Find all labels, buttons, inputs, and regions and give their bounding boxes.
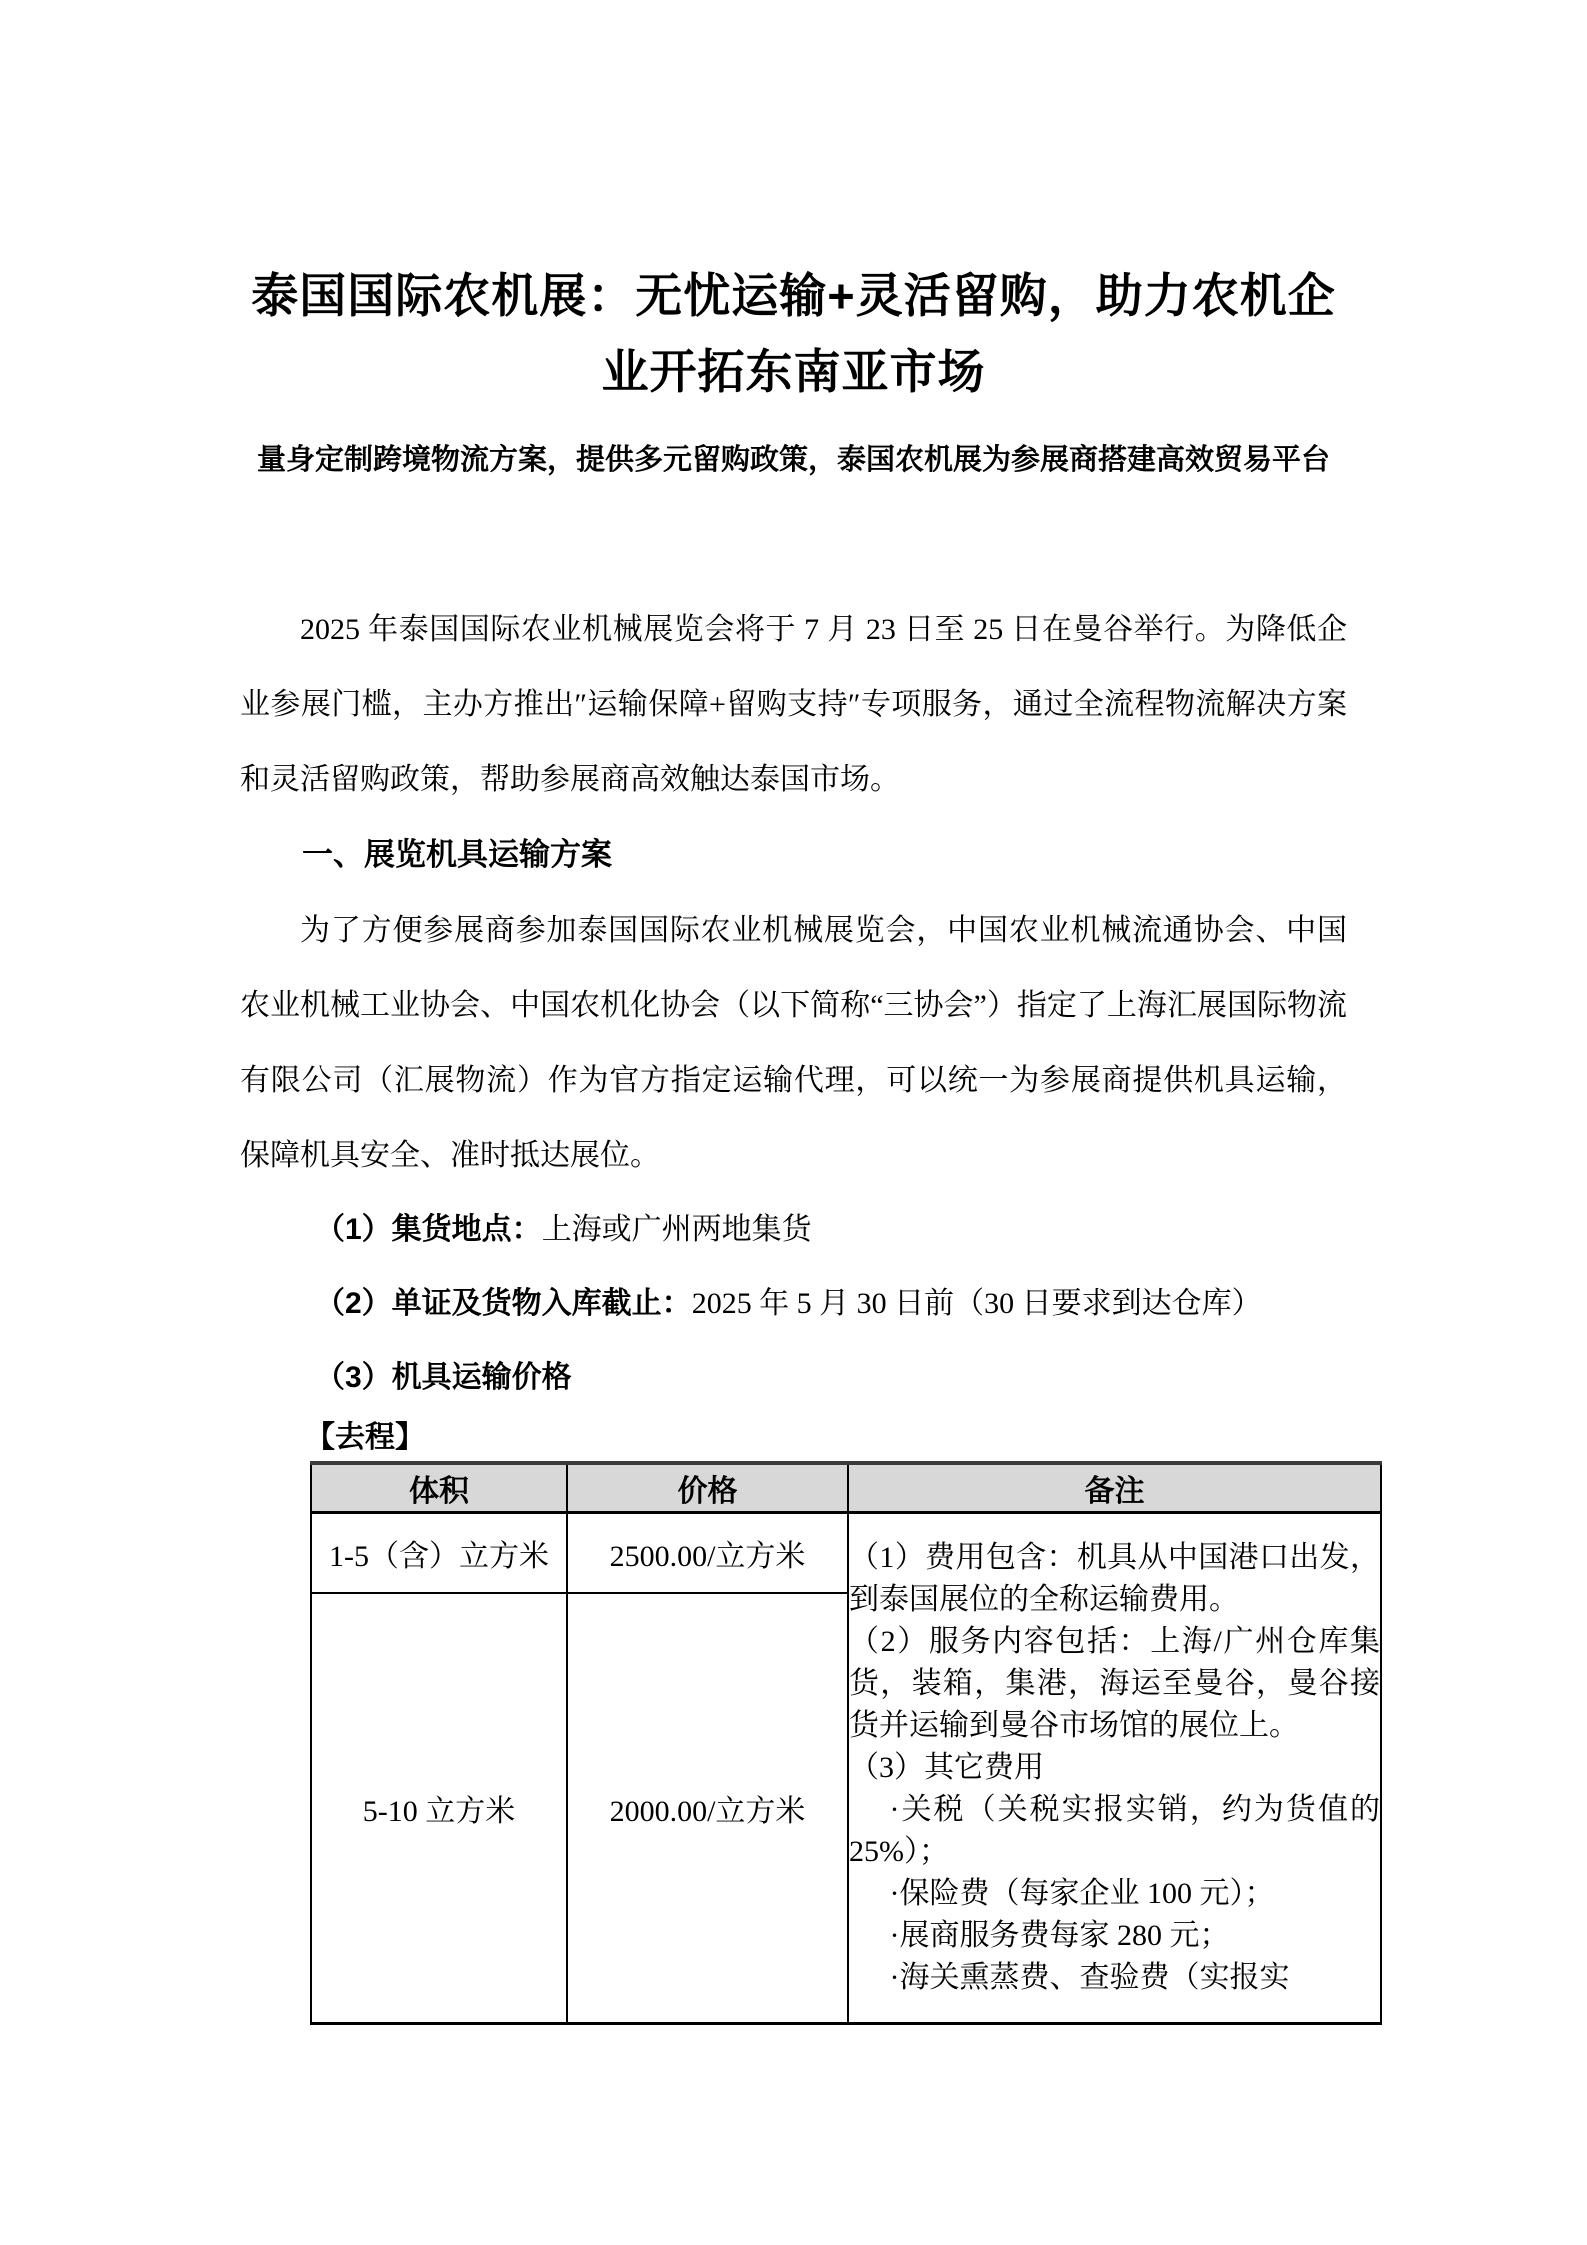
section1-paragraph: 为了方便参展商参加泰国国际农业机械展览会，中国农业机械流通协会、中国农业机械工业… bbox=[240, 893, 1347, 1193]
list-item-2: （2）单证及货物入库截止：2025 年 5 月 30 日前（30 日要求到达仓库… bbox=[240, 1267, 1347, 1341]
document-title-line1: 泰国国际农机展：无忧运输+灵活留购，助力农机企 bbox=[240, 258, 1347, 334]
volume-cell-2: 5-10 立方米 bbox=[311, 1593, 567, 2024]
list-item-1-label: （1）集货地点： bbox=[315, 1213, 542, 1246]
document-title: 泰国国际农机展：无忧运输+灵活留购，助力农机企 业开拓东南亚市场 bbox=[240, 258, 1347, 410]
volume-cell-1: 1-5（含）立方米 bbox=[311, 1513, 567, 1594]
price-cell-2: 2000.00/立方米 bbox=[567, 1593, 848, 2024]
table-header-row: 体积 价格 备注 bbox=[311, 1463, 1381, 1513]
list-item-3: （3）机具运输价格 bbox=[240, 1341, 1347, 1415]
remark-line-3: （3）其它费用 bbox=[849, 1747, 1380, 1789]
remark-bullet-2: ·保险费（每家企业 100 元）； bbox=[849, 1873, 1380, 1915]
header-volume: 体积 bbox=[311, 1463, 567, 1513]
remark-cell: （1）费用包含：机具从中国港口出发，到泰国展位的全称运输费用。 （2）服务内容包… bbox=[848, 1513, 1381, 2024]
list-item-1: （1）集货地点：上海或广州两地集货 bbox=[240, 1193, 1347, 1267]
list-item-1-text: 上海或广州两地集货 bbox=[542, 1213, 812, 1246]
price-cell-1: 2500.00/立方米 bbox=[567, 1513, 848, 1594]
document-title-line2: 业开拓东南亚市场 bbox=[240, 334, 1347, 410]
list-item-2-label: （2）单证及货物入库截止： bbox=[315, 1287, 692, 1320]
section1-heading: 一、展览机具运输方案 bbox=[240, 831, 1347, 879]
remark-line-2: （2）服务内容包括：上海/广州仓库集货，装箱，集港，海运至曼谷，曼谷接货并运输到… bbox=[849, 1621, 1380, 1747]
document-subtitle: 量身定制跨境物流方案，提供多元留购政策，泰国农机展为参展商搭建高效贸易平台 bbox=[240, 438, 1347, 482]
document-page: 泰国国际农机展：无忧运输+灵活留购，助力农机企 业开拓东南亚市场 量身定制跨境物… bbox=[0, 0, 1587, 2245]
list-item-3-label: （3）机具运输价格 bbox=[315, 1361, 572, 1394]
table-row: 1-5（含）立方米 2500.00/立方米 （1）费用包含：机具从中国港口出发，… bbox=[311, 1513, 1381, 1594]
outbound-price-table: 体积 价格 备注 1-5（含）立方米 2500.00/立方米 （1）费用包含：机… bbox=[310, 1461, 1382, 2025]
header-remark: 备注 bbox=[848, 1463, 1381, 1513]
remark-bullet-3: ·展商服务费每家 280 元； bbox=[849, 1915, 1380, 1957]
remark-bullet-4: ·海关熏蒸费、查验费（实报实 bbox=[849, 1957, 1380, 1999]
header-price: 价格 bbox=[567, 1463, 848, 1513]
intro-paragraph: 2025 年泰国国际农业机械展览会将于 7 月 23 日至 25 日在曼谷举行。… bbox=[240, 592, 1347, 817]
list-item-2-text: 2025 年 5 月 30 日前（30 日要求到达仓库） bbox=[692, 1287, 1262, 1320]
remark-line-1: （1）费用包含：机具从中国港口出发，到泰国展位的全称运输费用。 bbox=[849, 1537, 1380, 1621]
outbound-table-caption: 【去程】 bbox=[305, 1415, 1347, 1461]
remark-bullet-1: ·关税（关税实报实销，约为货值的 25%）； bbox=[849, 1789, 1380, 1873]
